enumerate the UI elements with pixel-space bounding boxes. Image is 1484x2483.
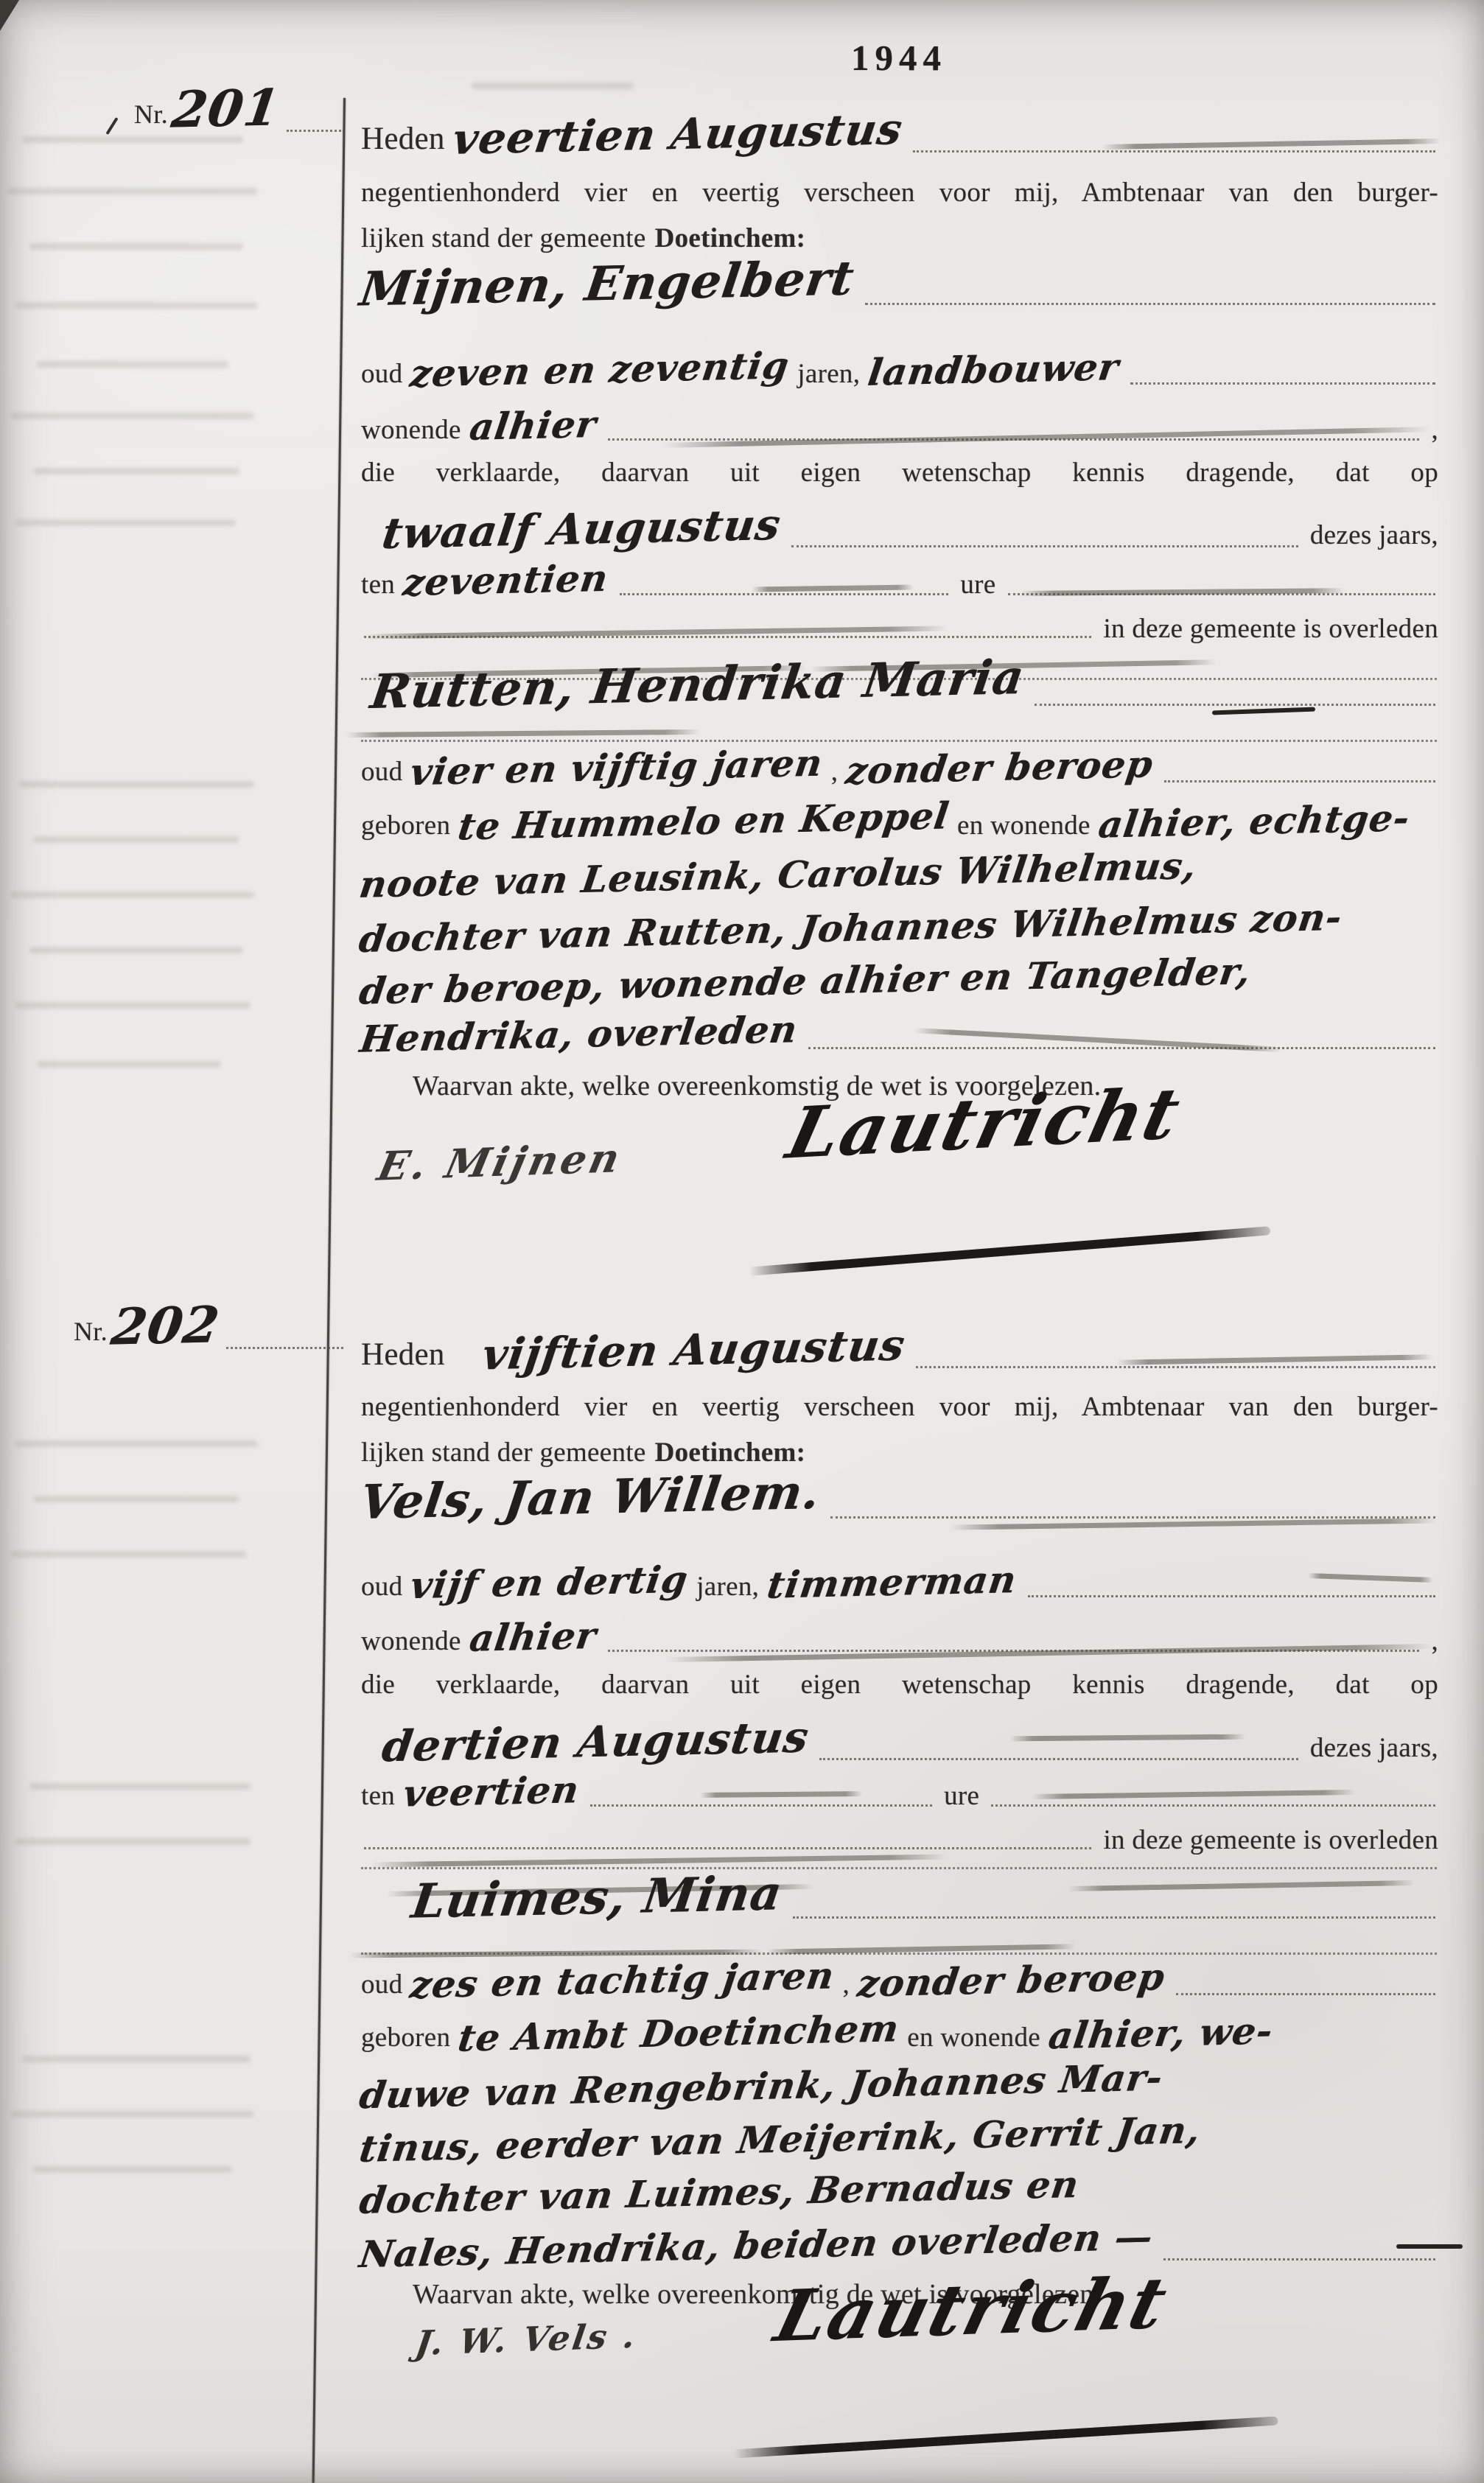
- wonende-label: wonende: [361, 1625, 461, 1657]
- death-hour-line: ten zeventien ure: [361, 558, 1438, 602]
- ten-label: ten: [361, 1780, 395, 1812]
- record-number-handwritten: 202: [108, 1295, 223, 1356]
- geboren-label: geboren: [361, 810, 450, 841]
- ure-label: ure: [960, 569, 995, 600]
- page-year: 1944: [361, 37, 1437, 79]
- form-dotted-rule: [361, 1953, 1437, 1955]
- continuation-line: dochter van Rutten, Johannes Wilhelmus z…: [361, 906, 1438, 950]
- municipality-label: Doetinchem:: [655, 223, 806, 254]
- oud-label: oud: [361, 358, 402, 390]
- opening-line2: lijken stand der gemeente Doetinchem:: [361, 223, 1438, 254]
- dotted-leader: [1176, 1992, 1435, 1995]
- comma-mark: ,: [1431, 1625, 1438, 1657]
- death-hour-handwritten: zeventien: [401, 556, 612, 604]
- continuation-text: dochter van Luimes, Bernadus en: [357, 2162, 1082, 2222]
- death-date-handwritten: dertien Augustus: [379, 1712, 811, 1771]
- dotted-leader: [1028, 1594, 1435, 1597]
- signature-flourish: [733, 2416, 1278, 2458]
- opening-line: negentienhonderd vier en veertig versche…: [361, 177, 1438, 209]
- opening-line: negentienhonderd vier en veertig versche…: [361, 1391, 1438, 1423]
- died-here-line: in deze gemeente is overleden: [361, 613, 1438, 645]
- continuation-line: noote van Leusink, Carolus Wilhelmus,: [361, 853, 1438, 897]
- continuation-text: tinus, eerder van Meijerink, Gerrit Jan,: [357, 2108, 1203, 2171]
- pencil-stroke: [346, 729, 700, 738]
- declarant-signature: E. Mijnen: [374, 1134, 627, 1189]
- comma-mark: ,: [1431, 414, 1438, 446]
- signature-flourish: [749, 1226, 1271, 1276]
- record-number-block: Nr. 202: [74, 1297, 346, 1356]
- dotted-leader: [590, 1803, 932, 1807]
- bleed-through-artifact: [22, 2056, 251, 2062]
- declarant-signature: J. W. Vels .: [413, 2316, 640, 2363]
- act-date-handwritten: vijftien Augustus: [479, 1320, 908, 1380]
- continuation-line: Hendrika, overleden: [361, 1012, 1438, 1056]
- bleed-through-artifact: [15, 1002, 251, 1009]
- bleed-through-artifact: [11, 413, 254, 419]
- declarant-name-handwritten: Vels, Jan Willem.: [357, 1465, 824, 1530]
- geboren-label: geboren: [361, 2022, 450, 2053]
- deceased-age-line: oud vier en vijftig jaren , zonder beroe…: [361, 746, 1438, 789]
- deceased-birthplace-handwritten: te Hummelo en Keppel: [455, 794, 952, 848]
- bleed-through-artifact: [11, 1551, 247, 1558]
- died-here-line: in deze gemeente is overleden: [361, 1824, 1438, 1856]
- dotted-leader: [364, 1846, 1091, 1849]
- continuation-text: duwe van Rengebrink, Johannes Mar-: [357, 2056, 1166, 2118]
- dotted-leader: [991, 1803, 1435, 1807]
- ten-label: ten: [361, 569, 395, 600]
- death-date-handwritten: twaalf Augustus: [379, 500, 783, 558]
- declarant-occupation-handwritten: timmerman: [765, 1558, 1020, 1607]
- deceased-name-handwritten: Luimes, Mina: [408, 1866, 785, 1929]
- bleed-through-artifact: [33, 468, 239, 474]
- deceased-birth-line: geboren te Ambt Doetinchem en wonende al…: [361, 2011, 1438, 2055]
- deceased-occupation-handwritten: zonder beroep: [844, 742, 1156, 792]
- dotted-leader: [608, 1648, 1420, 1652]
- registrar-signature: Lautricht: [767, 2261, 1176, 2358]
- dotted-leader: [819, 1757, 1298, 1760]
- died-here-label: in deze gemeente is overleden: [1103, 1824, 1438, 1856]
- act-date-line: Heden vijftien Augustus: [361, 1325, 1438, 1375]
- deceased-age-handwritten: zes en tachtig jaren: [407, 1954, 837, 2007]
- opening-line2: lijken stand der gemeente Doetinchem:: [361, 1437, 1438, 1468]
- bleed-through-artifact: [15, 1838, 251, 1845]
- continuation-line: dochter van Luimes, Bernadus en: [361, 2171, 1438, 2214]
- heden-label: Heden: [361, 1337, 445, 1373]
- dotted-leader: [865, 301, 1436, 305]
- bleed-through-artifact: [29, 1783, 251, 1790]
- deceased-name-line: Luimes, Mina: [361, 1870, 1438, 1925]
- act-date-line: Heden veertien Augustus: [361, 109, 1438, 159]
- dotted-leader: [793, 1915, 1435, 1919]
- oud-label: oud: [361, 1969, 402, 2000]
- act-date-handwritten: veertien Augustus: [449, 104, 906, 164]
- continuation-line: Nales, Hendrika, beiden overleden —: [361, 2224, 1438, 2267]
- deceased-name-line: Rutten, Hendrika Maria: [361, 657, 1438, 712]
- bleed-through-artifact: [29, 243, 243, 250]
- en-wonende-label: en wonende: [907, 2022, 1040, 2053]
- dotted-leader: [620, 592, 949, 595]
- dotted-leader: [226, 1345, 343, 1349]
- dotted-leader: [791, 544, 1298, 547]
- bleed-through-artifact: [37, 361, 228, 368]
- declarant-name-line: Mijnen, Engelbert: [361, 256, 1438, 312]
- dotted-leader: [1035, 702, 1435, 706]
- form-dotted-rule: [361, 740, 1437, 742]
- bleed-through-artifact: [33, 836, 239, 843]
- dotted-leader: [913, 149, 1435, 153]
- pencil-stroke: [372, 1855, 947, 1868]
- comma-mark: ,: [831, 756, 839, 788]
- continuation-line: duwe van Rengebrink, Johannes Mar-: [361, 2065, 1438, 2108]
- bleed-through-artifact: [29, 947, 243, 953]
- scan-corner-artifact: [0, 0, 19, 31]
- dotted-leader: [1164, 779, 1435, 782]
- declarant-age-handwritten: zeven en zeventig: [408, 343, 793, 396]
- declarant-residence-handwritten: alhier: [466, 1614, 598, 1660]
- oud-label: oud: [361, 1571, 402, 1603]
- wonende-label: wonende: [361, 414, 461, 446]
- declarant-age-handwritten: vijf en dertig: [408, 1558, 691, 1607]
- nr-label: Nr.: [134, 99, 168, 130]
- death-hour-handwritten: veertien: [401, 1768, 582, 1815]
- record-number-handwritten: 201: [168, 78, 283, 139]
- continuation-text: noote van Leusink, Carolus Wilhelmus,: [357, 844, 1200, 906]
- declarant-age-line: oud vijf en dertig jaren, timmerman: [361, 1561, 1438, 1604]
- bleed-through-artifact: [15, 519, 236, 526]
- bleed-through-artifact: [15, 1440, 258, 1447]
- dotted-leader: [1163, 2257, 1435, 2260]
- bleed-through-artifact: [7, 188, 258, 195]
- opening-line2-text: lijken stand der gemeente: [361, 223, 646, 254]
- form-dotted-rule: [361, 1867, 1437, 1869]
- continuation-line: der beroep, wonende alhier en Tangelder,: [361, 959, 1438, 1003]
- dotted-leader: [916, 1365, 1435, 1368]
- deceased-age-handwritten: vier en vijftig jaren: [407, 741, 825, 794]
- dotted-leader: [364, 634, 1091, 638]
- died-here-label: in deze gemeente is overleden: [1103, 613, 1438, 645]
- death-date-line: twaalf Augustus dezes jaars,: [361, 504, 1438, 554]
- margin-rule: [312, 98, 346, 2483]
- declarant-residence-line: wonende alhier ,: [361, 404, 1438, 447]
- stray-pen-mark: [105, 117, 118, 135]
- declarant-occupation-handwritten: landbouwer: [866, 345, 1122, 394]
- deceased-occupation-handwritten: zonder beroep: [855, 1955, 1167, 2005]
- bleed-through-artifact: [15, 302, 258, 309]
- death-register-page: 1944 Nr. 201 Heden veertien Augustus neg…: [0, 0, 1484, 2483]
- dezes-jaars-label: dezes jaars,: [1310, 1732, 1438, 1764]
- death-date-line: dertien Augustus dezes jaars,: [361, 1717, 1438, 1767]
- bleed-through-artifact: [472, 83, 634, 89]
- dotted-leader: [808, 1046, 1435, 1049]
- bleed-through-artifact: [33, 1496, 239, 1502]
- dotted-leader: [287, 128, 345, 132]
- deceased-residence-handwritten: alhier, echtge-: [1096, 796, 1413, 847]
- dotted-leader: [608, 437, 1420, 441]
- bleed-through-artifact: [11, 2111, 254, 2118]
- declaration-line: die verklaarde, daarvan uit eigen wetens…: [361, 457, 1438, 488]
- declaration-line: die verklaarde, daarvan uit eigen wetens…: [361, 1669, 1438, 1701]
- bleed-through-artifact: [11, 892, 254, 898]
- record-number-block: Nr. 201: [134, 80, 348, 139]
- ure-label: ure: [944, 1780, 979, 1812]
- deceased-name-handwritten: Rutten, Hendrika Maria: [367, 650, 1027, 720]
- jaren-label: jaren,: [696, 1571, 759, 1603]
- oud-label: oud: [361, 756, 402, 788]
- nr-label: Nr.: [74, 1316, 108, 1347]
- declarant-name-handwritten: Mijnen, Engelbert: [357, 251, 858, 317]
- dezes-jaars-label: dezes jaars,: [1310, 519, 1438, 551]
- deceased-birthplace-handwritten: te Ambt Doetinchem: [455, 2006, 902, 2060]
- deceased-residence-handwritten: alhier, we-: [1046, 2009, 1275, 2058]
- comma-mark: ,: [842, 1969, 850, 2000]
- deceased-age-line: oud zes en tachtig jaren , zonder beroep: [361, 1958, 1438, 2002]
- bleed-through-artifact: [37, 1061, 221, 1068]
- jaren-label: jaren,: [797, 358, 860, 390]
- deceased-birth-line: geboren te Hummelo en Keppel en wonende …: [361, 799, 1438, 843]
- declarant-name-line: Vels, Jan Willem.: [361, 1470, 1438, 1525]
- opening-line2-text: lijken stand der gemeente: [361, 1437, 646, 1468]
- dotted-leader: [1008, 592, 1436, 595]
- declarant-age-line: oud zeven en zeventig jaren, landbouwer: [361, 348, 1438, 391]
- heden-label: Heden: [361, 121, 445, 157]
- bleed-through-artifact: [33, 2166, 232, 2173]
- bleed-through-artifact: [18, 781, 254, 788]
- continuation-text: der beroep, wonende alhier en Tangelder,: [357, 949, 1253, 1012]
- death-hour-line: ten veertien ure: [361, 1770, 1438, 1813]
- dotted-leader: [830, 1515, 1435, 1519]
- en-wonende-label: en wonende: [957, 810, 1091, 841]
- municipality-label: Doetinchem:: [655, 1437, 806, 1468]
- declarant-residence-line: wonende alhier ,: [361, 1615, 1438, 1659]
- declarant-residence-handwritten: alhier: [466, 402, 598, 449]
- continuation-line: tinus, eerder van Meijerink, Gerrit Jan,: [361, 2118, 1438, 2161]
- dotted-leader: [1130, 381, 1435, 385]
- continuation-text: Hendrika, overleden: [357, 1007, 800, 1060]
